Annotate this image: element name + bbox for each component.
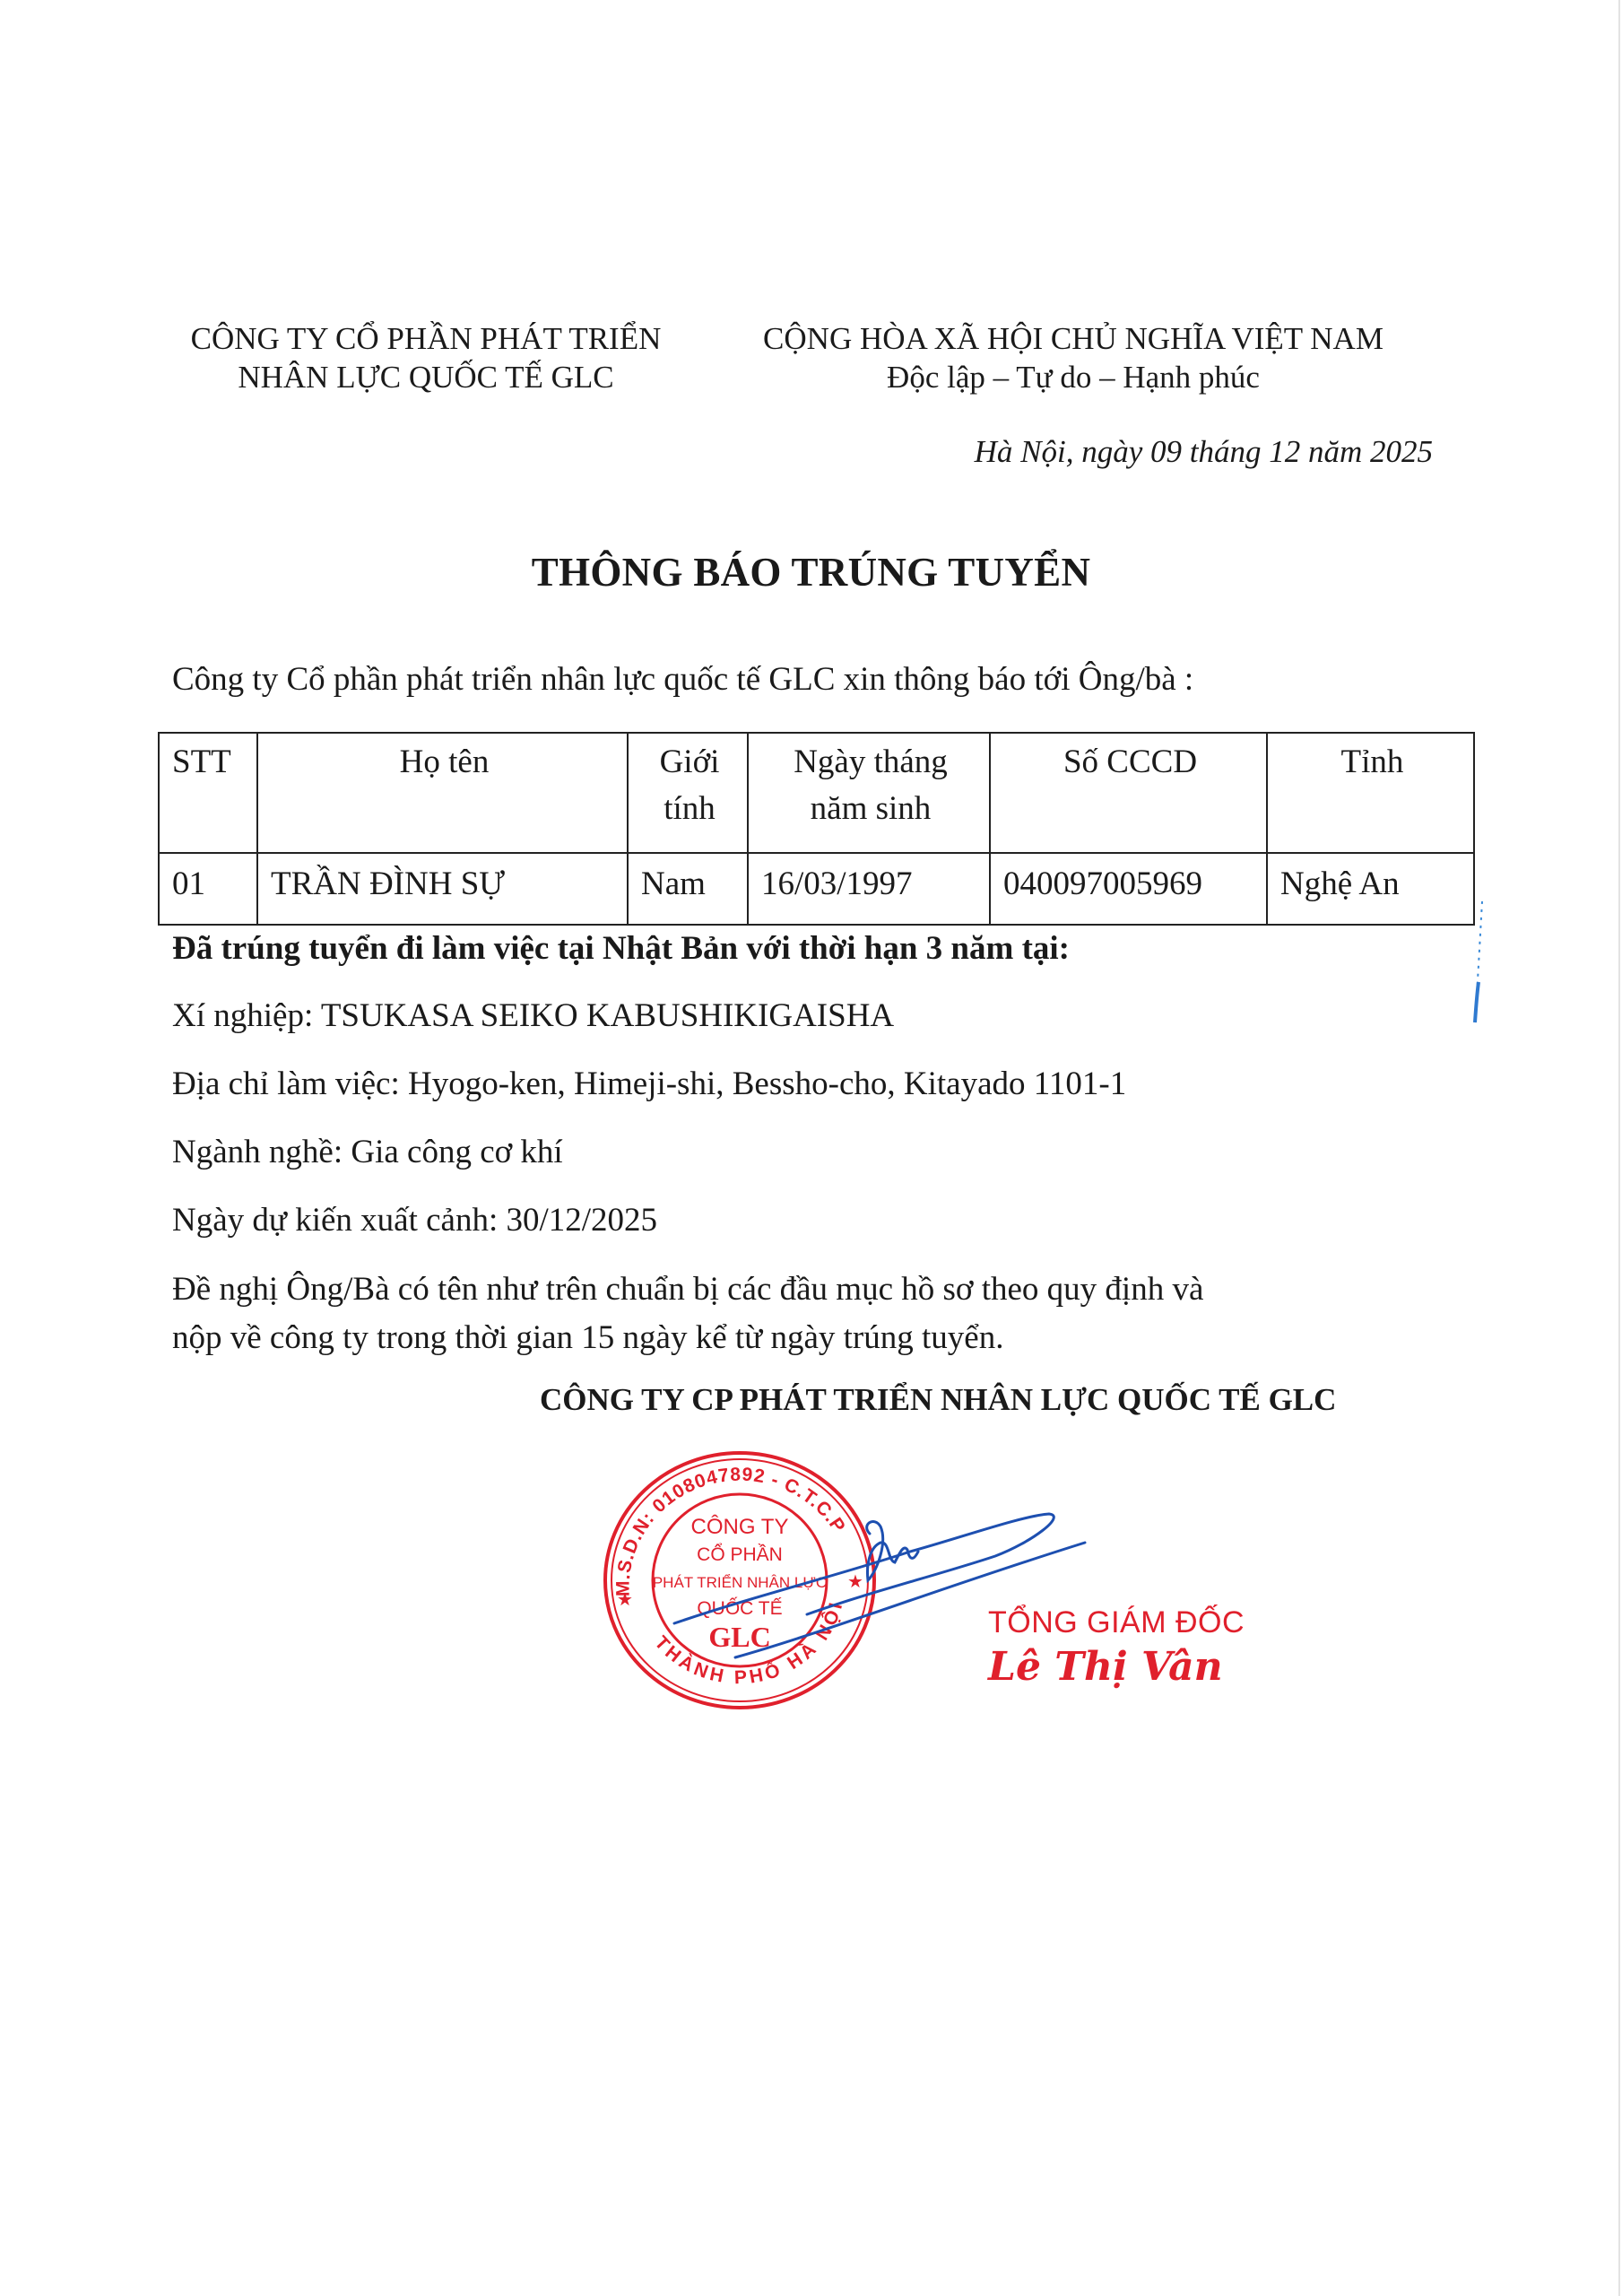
director-signature-block: TỔNG GIÁM ĐỐC Lê Thị Vân — [988, 1605, 1257, 1690]
col-header-name: Họ tên — [257, 733, 628, 853]
col-header-gender: Giới tính — [628, 733, 748, 853]
enterprise-line: Xí nghiệp: TSUKASA SEIKO KABUSHIKIGAISHA — [172, 996, 894, 1035]
intro-text: Công ty Cổ phần phát triển nhân lực quốc… — [172, 660, 1193, 699]
svg-text:★: ★ — [617, 1590, 633, 1610]
company-name-line2: NHÂN LỰC QUỐC TẾ GLC — [170, 358, 681, 396]
document-title: THÔNG BÁO TRÚNG TUYỂN — [0, 549, 1622, 596]
cell-id-number: 040097005969 — [990, 853, 1267, 925]
result-statement: Đã trúng tuyển đi làm việc tại Nhật Bản … — [172, 929, 1070, 968]
national-header: CỘNG HÒA XÃ HỘI CHỦ NGHĨA VIỆT NAM Độc l… — [737, 319, 1409, 396]
cell-name: TRẦN ĐÌNH SỰ — [257, 853, 628, 925]
cell-stt: 01 — [159, 853, 257, 925]
cell-gender: Nam — [628, 853, 748, 925]
candidate-table: STT Họ tên Giới tính Ngày tháng năm sinh… — [158, 732, 1475, 926]
cell-dob: 16/03/1997 — [748, 853, 990, 925]
cell-province: Nghệ An — [1267, 853, 1474, 925]
col-header-province: Tỉnh — [1267, 733, 1474, 853]
company-header: CÔNG TY CỔ PHẦN PHÁT TRIỂN NHÂN LỰC QUỐC… — [170, 319, 681, 396]
national-motto: Độc lập – Tự do – Hạnh phúc — [737, 358, 1409, 396]
national-title: CỘNG HÒA XÃ HỘI CHỦ NGHĨA VIỆT NAM — [737, 319, 1409, 358]
work-address-line: Địa chỉ làm việc: Hyogo-ken, Himeji-shi,… — [172, 1065, 1126, 1103]
departure-date-line: Ngày dự kiến xuất cảnh: 30/12/2025 — [172, 1201, 657, 1239]
margin-pen-mark-icon — [1470, 897, 1488, 1031]
scan-edge-line — [1618, 0, 1620, 2296]
request-line-2: nộp về công ty trong thời gian 15 ngày k… — [172, 1318, 1003, 1357]
issue-date: Hà Nội, ngày 09 tháng 12 năm 2025 — [861, 434, 1433, 470]
director-name: Lê Thị Vân — [988, 1644, 1257, 1690]
table-header-row: STT Họ tên Giới tính Ngày tháng năm sinh… — [159, 733, 1474, 853]
col-header-id: Số CCCD — [990, 733, 1267, 853]
request-line-1: Đề nghị Ông/Bà có tên như trên chuẩn bị … — [172, 1270, 1203, 1309]
director-title: TỔNG GIÁM ĐỐC — [988, 1605, 1257, 1640]
company-name-line1: CÔNG TY CỔ PHẦN PHÁT TRIỂN — [170, 319, 681, 358]
occupation-line: Ngành nghề: Gia công cơ khí — [172, 1133, 563, 1171]
col-header-stt: STT — [159, 733, 257, 853]
signing-company: CÔNG TY CP PHÁT TRIỂN NHÂN LỰC QUỐC TẾ G… — [540, 1382, 1336, 1418]
col-header-dob: Ngày tháng năm sinh — [748, 733, 990, 853]
table-row: 01 TRẦN ĐÌNH SỰ Nam 16/03/1997 040097005… — [159, 853, 1474, 925]
